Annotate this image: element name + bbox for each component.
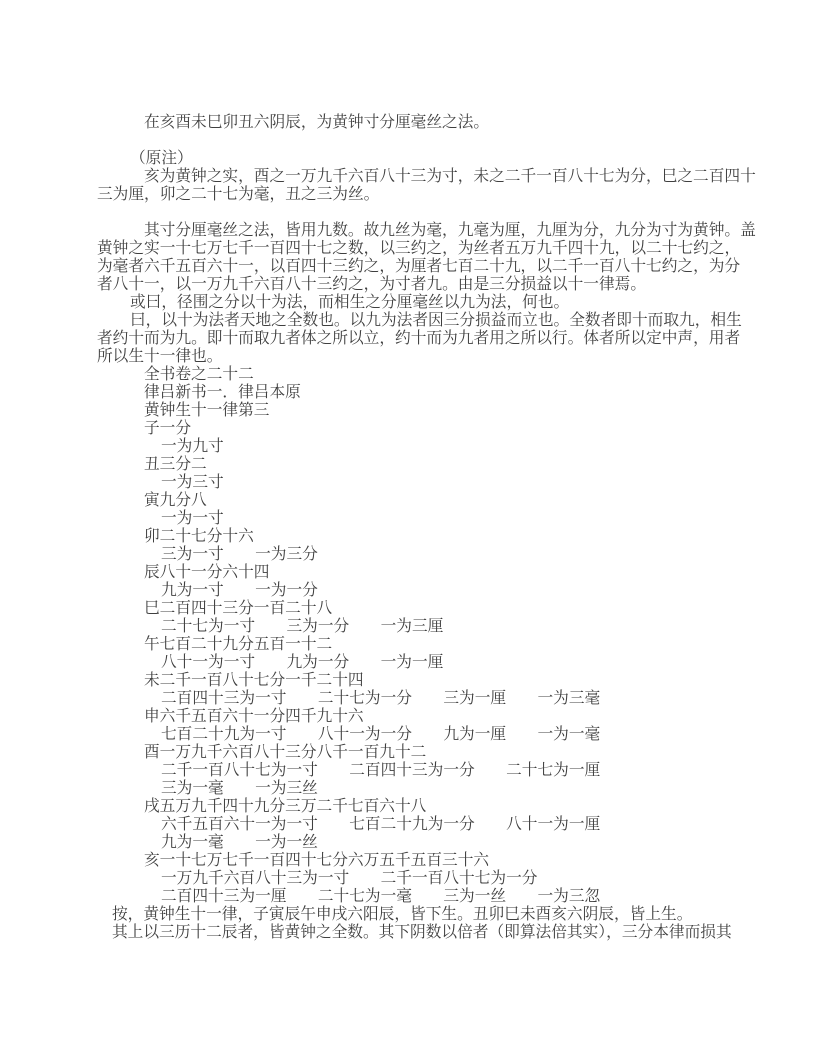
text-line bbox=[97, 132, 757, 150]
text-line: 其寸分厘毫丝之法，皆用九数。故九丝为毫，九毫为厘，九厘为分，九分为寸为黄钟。盖 bbox=[97, 222, 757, 240]
text-line: 八十一为一寸 九为一分 一为一厘 bbox=[97, 654, 757, 672]
text-line: 酉一万九千六百八十三分八千一百九十二 bbox=[97, 744, 757, 762]
text-line: 为毫者六千五百六十一，以百四十三约之，为厘者七百二十九，以二千一百八十七约之，为… bbox=[97, 258, 757, 276]
text-line: 者约十而为九。即十而取九者体之所以立，约十而为九者用之所以行。体者所以定中声，用… bbox=[97, 330, 757, 348]
text-line: 寅九分八 bbox=[97, 492, 757, 510]
text-line: 一为三寸 bbox=[97, 474, 757, 492]
text-line: 按，黄钟生十一律，子寅辰午申戌六阳辰，皆下生。丑卯巳未酉亥六阴辰，皆上生。 bbox=[97, 906, 757, 924]
text-line: 所以生十一律也。 bbox=[97, 348, 757, 366]
text-line: 丑三分二 bbox=[97, 456, 757, 474]
text-line: 一万九千六百八十三为一寸 二千一百八十七为一分 bbox=[97, 870, 757, 888]
text-line: 律吕新书一．律吕本原 bbox=[97, 384, 757, 402]
text-line: （原注） bbox=[97, 150, 757, 168]
text-line: 亥一十七万七千一百四十七分六万五千五百三十六 bbox=[97, 852, 757, 870]
text-line: 子一分 bbox=[97, 420, 757, 438]
text-line: 申六千五百六十一分四千九十六 bbox=[97, 708, 757, 726]
text-line: 二百四十三为一寸 二十七为一分 三为一厘 一为三毫 bbox=[97, 690, 757, 708]
text-line: 六千五百六十一为一寸 七百二十九为一分 八十一为一厘 bbox=[97, 816, 757, 834]
text-line: 九为一寸 一为一分 bbox=[97, 582, 757, 600]
text-line: 全书卷之二十二 bbox=[97, 366, 757, 384]
text-line: 其上以三历十二辰者，皆黄钟之全数。其下阴数以倍者（即算法倍其实），三分本律而损其 bbox=[97, 924, 757, 942]
text-line: 卯二十七分十六 bbox=[97, 528, 757, 546]
text-line: 黄钟生十一律第三 bbox=[97, 402, 757, 420]
text-line: 辰八十一分六十四 bbox=[97, 564, 757, 582]
text-line: 三为一毫 一为三丝 bbox=[97, 780, 757, 798]
text-line: 亥为黄钟之实，酉之一万九千六百八十三为寸，未之二千一百八十七为分，巳之二百四十 bbox=[97, 168, 757, 186]
text-line: 二百四十三为一厘 二十七为一毫 三为一丝 一为三忽 bbox=[97, 888, 757, 906]
document-content: 在亥酉未巳卯丑六阴辰，为黄钟寸分厘毫丝之法。（原注）亥为黄钟之实，酉之一万九千六… bbox=[97, 114, 757, 942]
document-page: 在亥酉未巳卯丑六阴辰，为黄钟寸分厘毫丝之法。（原注）亥为黄钟之实，酉之一万九千六… bbox=[0, 0, 816, 1056]
text-line bbox=[97, 204, 757, 222]
text-line: 一为一寸 bbox=[97, 510, 757, 528]
text-line: 七百二十九为一寸 八十一为一分 九为一厘 一为一毫 bbox=[97, 726, 757, 744]
text-line: 九为一毫 一为一丝 bbox=[97, 834, 757, 852]
text-line: 二千一百八十七为一寸 二百四十三为一分 二十七为一厘 bbox=[97, 762, 757, 780]
text-line: 一为九寸 bbox=[97, 438, 757, 456]
text-line: 者八十一，以一万九千六百八十三约之，为寸者九。由是三分损益以十一律焉。 bbox=[97, 276, 757, 294]
text-line: 二十七为一寸 三为一分 一为三厘 bbox=[97, 618, 757, 636]
text-line: 三为厘，卯之二十七为毫，丑之三为丝。 bbox=[97, 186, 757, 204]
text-line: 黄钟之实一十七万七千一百四十七之数，以三约之，为丝者五万九千四十九，以二十七约之… bbox=[97, 240, 757, 258]
text-line: 曰，以十为法者天地之全数也。以九为法者因三分损益而立也。全数者即十而取九，相生 bbox=[97, 312, 757, 330]
text-line: 或曰，径围之分以十为法，而相生之分厘毫丝以九为法，何也。 bbox=[97, 294, 757, 312]
text-line: 午七百二十九分五百一十二 bbox=[97, 636, 757, 654]
text-line: 未二千一百八十七分一千二十四 bbox=[97, 672, 757, 690]
text-line: 戌五万九千四十九分三万二千七百六十八 bbox=[97, 798, 757, 816]
text-line: 巳二百四十三分一百二十八 bbox=[97, 600, 757, 618]
text-line: 在亥酉未巳卯丑六阴辰，为黄钟寸分厘毫丝之法。 bbox=[97, 114, 757, 132]
text-line: 三为一寸 一为三分 bbox=[97, 546, 757, 564]
